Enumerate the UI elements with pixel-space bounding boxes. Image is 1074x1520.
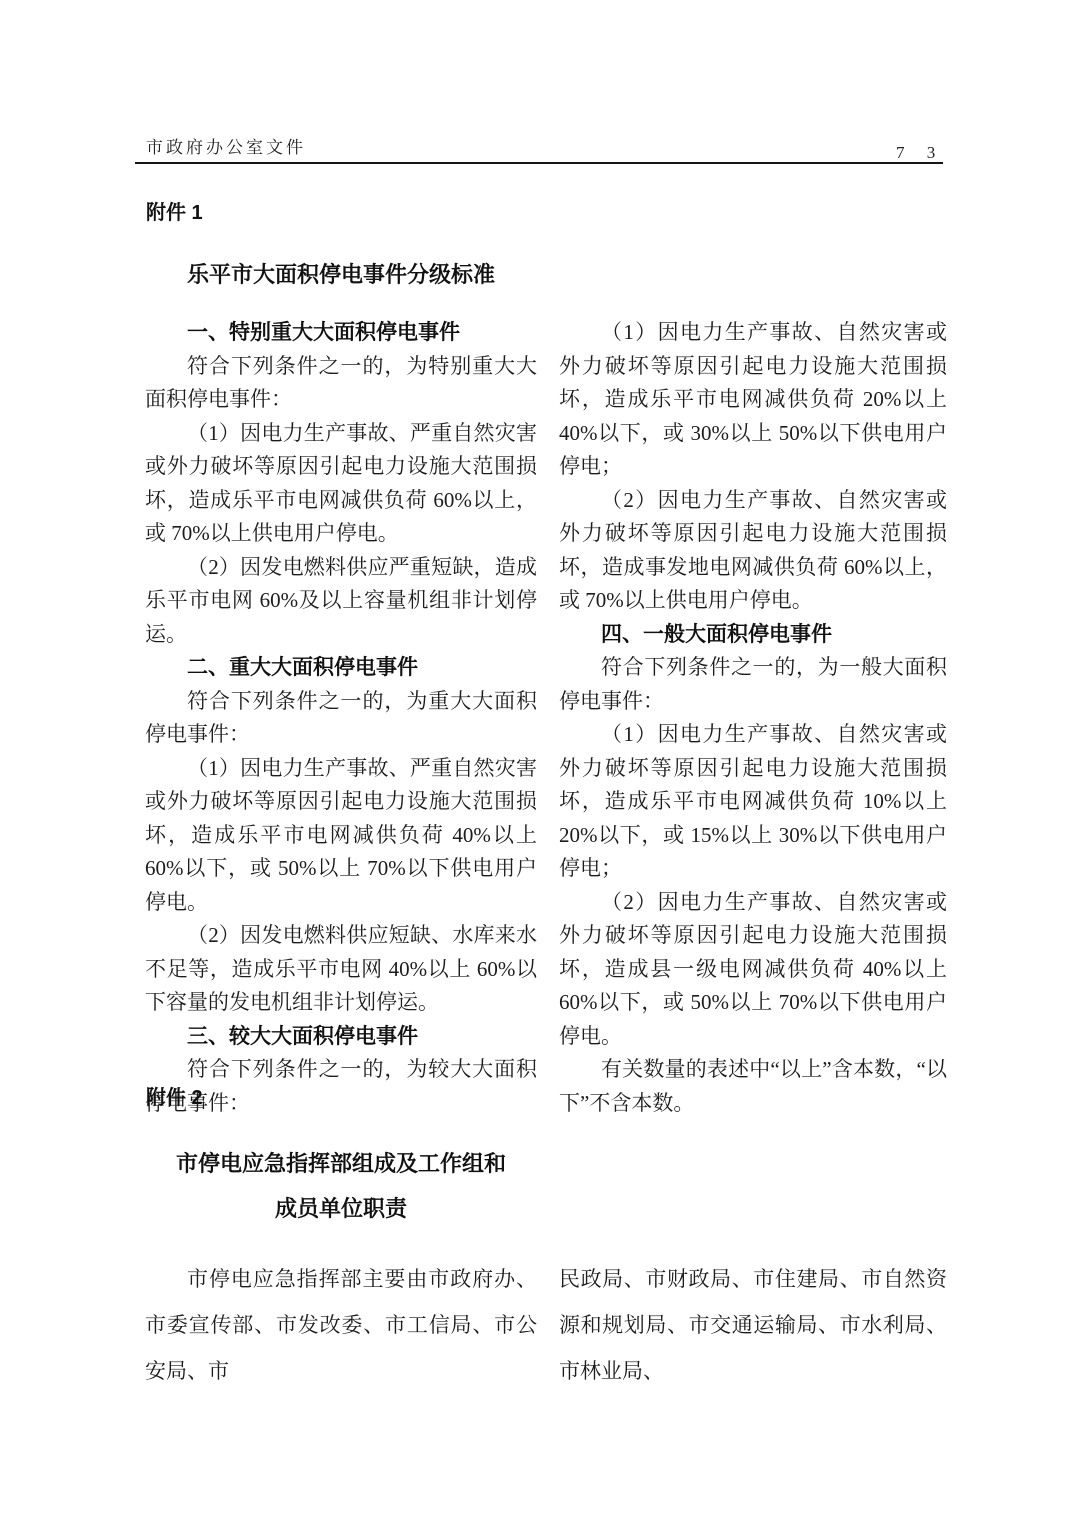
- body-paragraph: （2）因发电燃料供应严重短缺，造成乐平市电网 60%及以上容量机组非计划停运。: [145, 551, 537, 652]
- body-paragraph: 市停电应急指挥部主要由市政府办、市委宣传部、市发改委、市工信局、市公安局、市: [145, 1256, 537, 1394]
- body-paragraph: （2）因发电燃料供应短缺、水库来水不足等，造成乐平市电网 40%以上 60%以下…: [145, 919, 537, 1020]
- body-paragraph: 符合下列条件之一的，为一般大面积停电事件：: [559, 651, 947, 718]
- section-heading: 一、特别重大大面积停电事件: [145, 316, 537, 350]
- attachment1-title: 乐平市大面积停电事件分级标准: [145, 252, 537, 297]
- body-paragraph: （2）因电力生产事故、自然灾害或外力破坏等原因引起电力设施大范围损坏，造成县一级…: [559, 886, 947, 1054]
- attachment2-title-line2: 成员单位职责: [145, 1186, 537, 1231]
- attachment2-title-line1: 市停电应急指挥部组成及工作组和: [145, 1141, 537, 1186]
- body-paragraph: （1）因电力生产事故、严重自然灾害或外力破坏等原因引起电力设施大范围损坏，造成乐…: [145, 752, 537, 920]
- header-divider: [135, 162, 943, 164]
- attachment2-left-column: 市停电应急指挥部主要由市政府办、市委宣传部、市发改委、市工信局、市公安局、市: [145, 1256, 537, 1394]
- body-paragraph: 符合下列条件之一的，为较大大面积停电事件：: [145, 1053, 537, 1120]
- body-paragraph: 符合下列条件之一的，为重大大面积停电事件：: [145, 685, 537, 752]
- body-paragraph: 有关数量的表述中“以上”含本数，“以下”不含本数。: [559, 1053, 947, 1120]
- page-number: 7 3: [896, 143, 944, 163]
- attachment1-right-column: （1）因电力生产事故、自然灾害或外力破坏等原因引起电力设施大范围损坏，造成乐平市…: [559, 316, 947, 1120]
- attachment1-left-column: 一、特别重大大面积停电事件 符合下列条件之一的，为特别重大大面积停电事件： （1…: [145, 316, 537, 1120]
- attachment2-label: 附件 2: [146, 1081, 203, 1110]
- attachment1-label: 附件 1: [146, 196, 203, 225]
- attachment2-title: 市停电应急指挥部组成及工作组和 成员单位职责: [145, 1141, 537, 1231]
- section-heading: 四、一般大面积停电事件: [559, 618, 947, 652]
- body-paragraph: （2）因电力生产事故、自然灾害或外力破坏等原因引起电力设施大范围损坏，造成事发地…: [559, 484, 947, 618]
- document-page: 市政府办公室文件 7 3 附件 1 乐平市大面积停电事件分级标准 一、特别重大大…: [0, 0, 1074, 1520]
- body-paragraph: （1）因电力生产事故、严重自然灾害或外力破坏等原因引起电力设施大范围损坏，造成乐…: [145, 417, 537, 551]
- doc-type-label: 市政府办公室文件: [146, 133, 306, 158]
- body-paragraph: （1）因电力生产事故、自然灾害或外力破坏等原因引起电力设施大范围损坏，造成乐平市…: [559, 718, 947, 886]
- section-heading: 二、重大大面积停电事件: [145, 651, 537, 685]
- section-heading: 三、较大大面积停电事件: [145, 1020, 537, 1054]
- body-paragraph: （1）因电力生产事故、自然灾害或外力破坏等原因引起电力设施大范围损坏，造成乐平市…: [559, 316, 947, 484]
- attachment2-right-column: 民政局、市财政局、市住建局、市自然资源和规划局、市交通运输局、市水利局、市林业局…: [559, 1256, 947, 1394]
- body-paragraph: 符合下列条件之一的，为特别重大大面积停电事件：: [145, 350, 537, 417]
- body-paragraph: 民政局、市财政局、市住建局、市自然资源和规划局、市交通运输局、市水利局、市林业局…: [559, 1256, 947, 1394]
